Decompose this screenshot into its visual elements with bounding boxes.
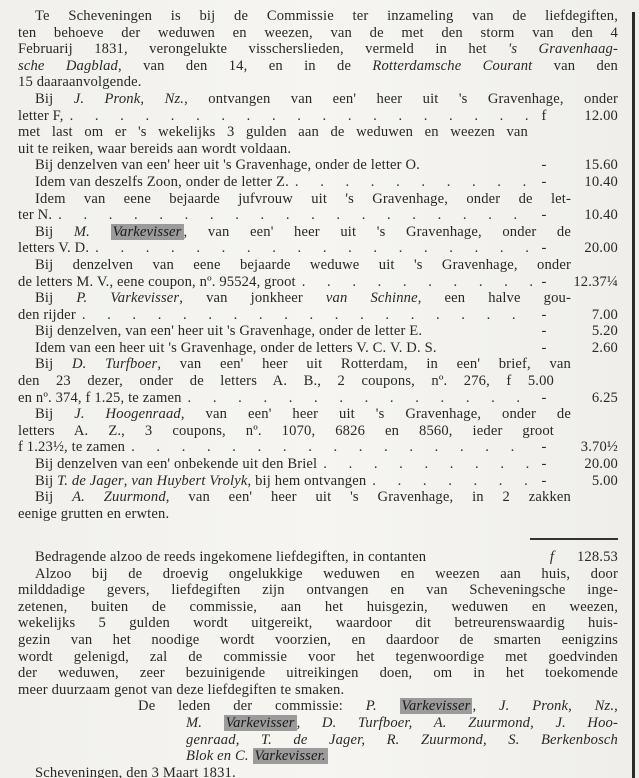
donation-entry: Idem van een heer uit 's Gravenhage, ond… (18, 340, 618, 357)
entry-line: den 23 dezer, onder de letters A. B., 2 … (18, 373, 554, 390)
signature-line: M. Varkevisser, D. Turfboer, A. Zuurmond… (186, 715, 618, 732)
intro-line: Februarij 1831, verongelukte visschersli… (18, 41, 618, 58)
entry-line: de letters M. V., eene coupon, nº. 95524… (18, 274, 296, 291)
member-initial: P. (366, 698, 377, 714)
donor-suffix: Nz. (165, 91, 185, 107)
entry-line: letters V. D. (18, 240, 89, 257)
member-names: Blok en C. (186, 748, 249, 764)
entry-line: Bij P. Varkevisser, van jonkheer van Sch… (35, 290, 571, 307)
donation-entry: Bij J. Pronk, Nz., ontvangen van een' he… (18, 91, 618, 157)
entry-line: Idem van deszelfs Zoon, onder de letter … (35, 174, 289, 191)
entry-line: ter N. (18, 207, 52, 224)
dash: - (534, 390, 554, 407)
amount: 3.70½ (554, 439, 618, 456)
committee-signatures: De leden der commissie: P. Varkevisser, … (18, 698, 618, 778)
closing-line: der weduwen, zeer bezuinigende uitreikin… (18, 665, 618, 682)
intro-paragraph: Te Scheveningen is bij de Commissie ter … (18, 8, 618, 91)
closing-line: wekelijks 5 gulden wordt uitgereikt, waa… (18, 615, 618, 632)
amount: 5.20 (554, 323, 618, 340)
donor-name: T. de Jager (57, 473, 124, 489)
donation-entry: Bij A. Zuurmond, van een' heer uit 's Gr… (18, 489, 618, 522)
donation-entry: Bij denzelven van eene bejaarde weduwe u… (18, 257, 618, 290)
amount: 15.60 (554, 157, 618, 174)
closing-line: milddadige gevers, liefdegiften zijn ont… (18, 582, 618, 599)
sum-line (530, 538, 618, 540)
currency-mark: f (542, 549, 562, 566)
leader-dots: . . . . . . . . . . . . . . . . . . . . … (182, 390, 534, 407)
intro-line: ten behoeve der weduwen en weezen, van d… (18, 25, 618, 42)
amount: 7.00 (554, 307, 618, 324)
entry-line: letter F, (18, 108, 64, 125)
donor-name: D. Turfboer (72, 356, 157, 372)
entry-line: Bij denzelven van een' onbekende uit den… (35, 456, 317, 473)
donation-entry: Bij T. de Jager, van Huybert Vrolyk, bij… (18, 473, 618, 490)
amount: 12.00 (554, 108, 618, 125)
dash: - (534, 439, 554, 456)
entry-line: letters A. Z., 3 coupons, nº. 1070, 6826… (18, 423, 554, 440)
newspaper-clipping: Te Scheveningen is bij de Commissie ter … (0, 0, 639, 778)
donation-entry: Bij denzelven, van een' heer uit 's Grav… (18, 323, 618, 340)
highlighted-name: Varkevisser (400, 698, 473, 714)
dateline: Scheveningen, den 3 Maart 1831. (35, 765, 236, 778)
leader-dots: . . . . . . . . . . . . . . . . . . . . … (366, 473, 534, 490)
leader-dots: . . . . . . . . . . . . . . . . . . . . … (317, 456, 534, 473)
intro-line: sche Dagblad, van den 14, en in de Rotte… (18, 58, 618, 75)
committee-label: De leden der commissie: (138, 698, 343, 714)
leader-dots: . . . . . . . . . . . . . . . . . . . . … (296, 274, 534, 291)
entry-note: met last om er 's wekelijks 3 gulden aan… (18, 124, 528, 141)
highlighted-name: Varkevisser. (253, 748, 328, 764)
closing-paragraph: Alzoo bij de droevig ongelukkige weduwen… (18, 566, 618, 699)
entry-line: en nº. 374, f 1.25, te zamen (18, 390, 182, 407)
member-initial: M. (186, 715, 202, 731)
donor-name: P. Varkevisser (76, 290, 179, 306)
signature-line: De leden der commissie: P. Varkevisser, … (138, 698, 618, 715)
dash: - (534, 456, 554, 473)
leader-dots: . . . . . . . . . . . . . . . . . . . . … (52, 207, 534, 224)
donor-name: van Huybert Vrolyk (131, 473, 247, 489)
donation-entry: Bij P. Varkevisser, van jonkheer van Sch… (18, 290, 618, 323)
entry-line: Bij denzelven van eene bejaarde weduwe u… (35, 257, 571, 274)
signature-line: Blok en C. Varkevisser. (186, 748, 328, 764)
donor-name: J. Hoogenraad (74, 406, 181, 422)
entry-line: Bij M. Varkevisser, van een' heer uit 's… (35, 224, 571, 241)
amount: 20.00 (554, 240, 618, 257)
column-rule (632, 12, 635, 778)
amount: 5.00 (554, 473, 618, 490)
highlighted-name: Varkevisser (224, 715, 297, 731)
highlighted-name: Varkevisser (111, 224, 184, 240)
signature-line: genraad, T. de Jager, R. Zuurmond, S. Be… (186, 732, 618, 749)
closing-line: gezin van het noodige wordt voorzien, en… (18, 632, 618, 649)
dash: - (534, 323, 554, 340)
entry-line: den rijder (18, 307, 76, 324)
total-row: Bedragende alzoo de reeds ingekomene lie… (18, 549, 618, 566)
closing-line: Alzoo bij de droevig ongelukkige weduwen… (35, 566, 618, 583)
amount: 10.40 (554, 207, 618, 224)
dash: - (534, 174, 554, 191)
entry-line: Bij J. Pronk, Nz., ontvangen van een' he… (35, 91, 618, 108)
newspaper-title: Rotterdamsche Courant (372, 58, 532, 74)
donation-entry: Idem van eene bejaarde jufvrouw uit 's G… (18, 191, 618, 224)
leader-dots: . . . . . . . . . . . . . . . . . . . . … (64, 108, 534, 125)
article-column: Te Scheveningen is bij de Commissie ter … (18, 8, 618, 778)
amount: 10.40 (554, 174, 618, 191)
donation-entry: Idem van deszelfs Zoon, onder de letter … (18, 174, 618, 191)
dash: - (534, 157, 554, 174)
intro-line: Te Scheveningen is bij de Commissie ter … (35, 8, 618, 25)
entry-note: uit te reiken, waar bereids aan wordt vo… (18, 141, 291, 157)
entry-line: Bij denzelven van een' heer uit 's Grave… (35, 157, 420, 174)
entry-line: Idem van een heer uit 's Gravenhage, ond… (35, 340, 437, 357)
closing-line: meer duurzaam genot van deze liefdegifte… (18, 682, 344, 698)
dash: - (534, 207, 554, 224)
total-rule (18, 530, 618, 547)
donor-initial: M. (74, 224, 90, 240)
entry-line: eenige grutten en erwten. (18, 506, 169, 522)
donation-entry: Bij M. Varkevisser, van een' heer uit 's… (18, 224, 618, 257)
newspaper-title: sche Dagblad (18, 58, 118, 74)
amount: 6.25 (554, 390, 618, 407)
donor-name: J. Pronk (74, 91, 141, 107)
dash: - (534, 240, 554, 257)
donor-name: A. Zuurmond (72, 489, 166, 505)
entry-line: Bij T. de Jager, van Huybert Vrolyk, bij… (35, 473, 366, 490)
dash: - (534, 340, 554, 357)
member-names: , D. Turfboer, A. Zuurmond, J. Hoo- (297, 715, 618, 731)
donor-name: van Schinne (326, 290, 418, 306)
leader-dots: . . . . . . . . . . . . . . . . . . . . … (89, 240, 534, 257)
amount: 12.37¼ (554, 274, 618, 291)
entry-line: Idem van eene bejaarde jufvrouw uit 's G… (35, 191, 571, 208)
amount: 2.60 (554, 340, 618, 357)
donation-entry: Bij denzelven van een' onbekende uit den… (18, 456, 618, 473)
intro-line: 15 daaraanvolgende. (18, 74, 142, 90)
total-amount: 128.53 (562, 549, 618, 566)
leader-dots: . . . . . . . . . . . . . . . . . . . . … (125, 439, 534, 456)
newspaper-title: 's Gravenhaag- (508, 41, 618, 57)
member-names: , J. Pronk, Nz., (472, 698, 618, 714)
leader-dots: . . . . . . . . . . . . . . . . . . . . … (289, 174, 534, 191)
entry-line: Bij A. Zuurmond, van een' heer uit 's Gr… (35, 489, 571, 506)
donation-entry: Bij D. Turfboer, van een' heer uit Rotte… (18, 356, 618, 406)
closing-line: wordt gelenigd, zal de commissie voor he… (18, 649, 618, 666)
entry-line: f 1.23½, te zamen (18, 439, 125, 456)
entry-line: Bij denzelven, van een' heer uit 's Grav… (35, 323, 422, 340)
dash: - (534, 307, 554, 324)
dash: - (534, 274, 554, 291)
dash: - (534, 473, 554, 490)
currency-mark: f (534, 108, 554, 125)
donation-entry: Bij J. Hoogenraad, van een' heer uit 's … (18, 406, 618, 456)
leader-dots: . . . . . . . . . . . . . . . . . . . . … (76, 307, 534, 324)
total-label: Bedragende alzoo de reeds ingekomene lie… (35, 549, 426, 566)
donation-entry: Bij denzelven van een' heer uit 's Grave… (18, 157, 618, 174)
entry-line: Bij D. Turfboer, van een' heer uit Rotte… (35, 356, 571, 373)
amount: 20.00 (554, 456, 618, 473)
entry-line: Bij J. Hoogenraad, van een' heer uit 's … (35, 406, 571, 423)
closing-line: zetenen, buiten de commissie, aan het hu… (18, 599, 618, 616)
